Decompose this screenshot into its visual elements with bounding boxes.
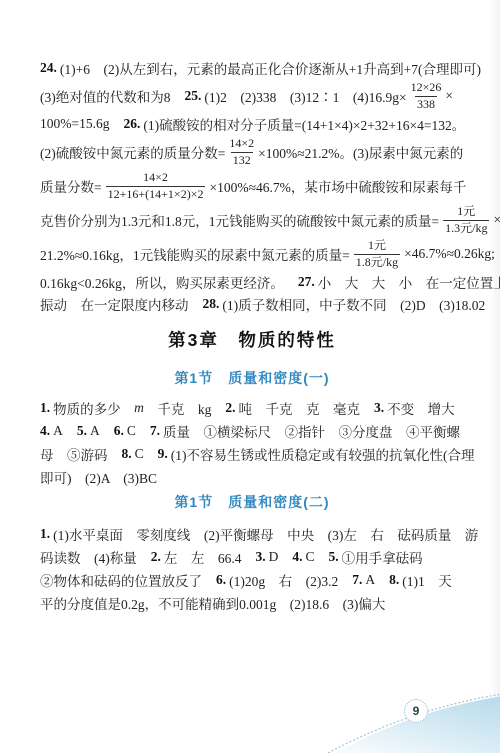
answer-text: A bbox=[53, 423, 63, 439]
answer-text: 不变 增大 bbox=[387, 398, 455, 418]
answer-text: 100%=15.6g bbox=[40, 116, 109, 132]
answer-text: ×100%≈21.2%。(3)尿素中氮元素的 bbox=[258, 142, 463, 162]
answer-text: 质量分数= bbox=[40, 176, 102, 196]
answer-line: 克售价分别为1.3元和1.8元，1元钱能购买的硫酸铵中氮元素的质量=1元1.3元… bbox=[40, 203, 464, 237]
answer-text: (1)质子数相同，中子数不同 (2)D (3)18.02 bbox=[222, 294, 485, 314]
question-number: 9. bbox=[158, 446, 168, 462]
answer-text: 小 大 大 小 在一定位置上 bbox=[318, 272, 500, 292]
answer-line: (2)硫酸铵中氮元素的质量分数=14×2132×100%≈21.2%。(3)尿素… bbox=[40, 135, 464, 169]
question-number: 3. bbox=[374, 400, 384, 416]
fraction-denominator: 132 bbox=[231, 152, 253, 169]
fraction-denominator: 12+16+(14+1×2)×2 bbox=[106, 186, 206, 203]
fraction: 1元1.3元/kg bbox=[443, 204, 489, 236]
fraction-denominator: 1.8元/kg bbox=[354, 254, 400, 271]
answer-text: 克售价分别为1.3元和1.8元，1元钱能购买的硫酸铵中氮元素的质量= bbox=[40, 210, 439, 230]
page-number-badge: 9 bbox=[404, 699, 428, 723]
answer-text: 振动 在一定限度内移动 bbox=[40, 294, 189, 314]
answer-line: 质量分数=14×212+16+(14+1×2)×2×100%≈46.7%，某市场… bbox=[40, 169, 464, 203]
answer-text: (1)20g 右 (2)3.2 bbox=[229, 570, 338, 590]
section-1-heading: 第1节 质量和密度(一) bbox=[40, 368, 464, 388]
fraction-numerator: 14×2 bbox=[229, 136, 254, 152]
answer-text: C bbox=[306, 549, 315, 565]
answer-text: ×100%≈46.7%，某市场中硫酸铵和尿素每千 bbox=[209, 176, 466, 196]
question-number: 5. bbox=[329, 549, 339, 565]
answer-text: 母 ⑤游码 bbox=[40, 444, 108, 464]
section-2-answers: 1.(1)水平桌面 零刻度线 (2)平衡螺母 中央 (3)左 右 砝码质量 游 … bbox=[40, 522, 464, 614]
answer-text: A bbox=[365, 572, 375, 588]
fraction-denominator: 338 bbox=[415, 96, 437, 113]
answer-text: × bbox=[493, 212, 500, 228]
answer-line: ②物体和砝码的位置放反了6.(1)20g 右 (2)3.27.A8.(1)1 天 bbox=[40, 568, 464, 591]
answer-text: 即可) (2)A (3)BC bbox=[40, 467, 157, 487]
answer-line: 21.2%≈0.16kg，1元钱能购买的尿素中氮元素的质量=1元1.8元/kg×… bbox=[40, 237, 464, 271]
question-number: 1. bbox=[40, 526, 50, 542]
question-number: 2. bbox=[225, 400, 235, 416]
answer-line: 24.(1)+6 (2)从左到右，元素的最高正化合价逐渐从+1升高到+7(合理即… bbox=[40, 57, 464, 79]
scan-edge-shading bbox=[490, 0, 500, 753]
question-number: 28. bbox=[203, 296, 220, 312]
variable-m: m bbox=[134, 400, 144, 416]
fraction: 1元1.8元/kg bbox=[354, 238, 400, 270]
fraction-numerator: 12×26 bbox=[411, 80, 442, 96]
answer-text: (1)+6 (2)从左到右，元素的最高正化合价逐渐从+1升高到+7(合理即可) bbox=[60, 58, 481, 78]
answer-text: ①用手拿砝码 bbox=[342, 547, 423, 567]
fraction-numerator: 1元 bbox=[368, 238, 386, 254]
answer-text: ②物体和砝码的位置放反了 bbox=[40, 570, 202, 590]
question-number: 7. bbox=[150, 423, 160, 439]
answer-text: 0.16kg<0.26kg，所以，购买尿素更经济。 bbox=[40, 272, 284, 292]
section-2-heading: 第1节 质量和密度(二) bbox=[40, 492, 464, 512]
question-number: 27. bbox=[298, 274, 315, 290]
chapter-heading: 第3章 物质的特性 bbox=[40, 327, 464, 351]
question-number: 2. bbox=[151, 549, 161, 565]
fraction-numerator: 1元 bbox=[457, 204, 475, 220]
answer-line: 0.16kg<0.26kg，所以，购买尿素更经济。27.小 大 大 小 在一定位… bbox=[40, 271, 464, 293]
answer-text: (1)水平桌面 零刻度线 (2)平衡螺母 中央 (3)左 右 砝码质量 游 bbox=[53, 524, 478, 544]
answer-text: 物质的多少 bbox=[53, 398, 134, 418]
answer-line: 1.(1)水平桌面 零刻度线 (2)平衡螺母 中央 (3)左 右 砝码质量 游 bbox=[40, 522, 464, 545]
answer-text: D bbox=[269, 549, 279, 565]
answer-text: (1)1 天 bbox=[402, 570, 452, 590]
answer-text: (3)绝对值的代数和为8 bbox=[40, 86, 171, 106]
answer-text: 平的分度值是0.2g，不可能精确到0.001g (2)18.6 (3)偏大 bbox=[40, 593, 385, 613]
answer-line: 1.物质的多少 m 千克 kg2.吨 千克 克 毫克3.不变 增大 bbox=[40, 396, 464, 419]
corner-wave-decoration bbox=[270, 683, 500, 753]
question-number: 25. bbox=[185, 88, 202, 104]
page-content: 24.(1)+6 (2)从左到右，元素的最高正化合价逐渐从+1升高到+7(合理即… bbox=[40, 57, 464, 614]
fraction: 14×2132 bbox=[229, 136, 254, 168]
fraction-denominator: 1.3元/kg bbox=[443, 220, 489, 237]
answer-text: 质量 ①横梁标尺 ②指针 ③分度盘 ④平衡螺 bbox=[163, 421, 460, 441]
question-number: 3. bbox=[256, 549, 266, 565]
question-number: 4. bbox=[292, 549, 302, 565]
question-number: 7. bbox=[352, 572, 362, 588]
answer-text: 21.2%≈0.16kg，1元钱能购买的尿素中氮元素的质量= bbox=[40, 244, 350, 264]
answer-text: C bbox=[135, 446, 144, 462]
question-number: 1. bbox=[40, 400, 50, 416]
answer-text: (1)硫酸铵的相对分子质量=(14+1×4)×2+32+16×4=132。 bbox=[143, 114, 465, 134]
question-number: 5. bbox=[77, 423, 87, 439]
answer-text: (2)硫酸铵中氮元素的质量分数= bbox=[40, 142, 225, 162]
answer-text: 千克 kg bbox=[144, 398, 212, 418]
top-answer-block: 24.(1)+6 (2)从左到右，元素的最高正化合价逐渐从+1升高到+7(合理即… bbox=[40, 57, 464, 315]
answer-line: 平的分度值是0.2g，不可能精确到0.001g (2)18.6 (3)偏大 bbox=[40, 591, 464, 614]
answer-text: (1)不容易生锈或性质稳定或有较强的抗氧化性(合理 bbox=[171, 444, 475, 464]
question-number: 8. bbox=[122, 446, 132, 462]
answer-text: 吨 千克 克 毫克 bbox=[239, 398, 361, 418]
fraction: 14×212+16+(14+1×2)×2 bbox=[106, 170, 206, 202]
page-number: 9 bbox=[413, 704, 420, 718]
answer-line: 码读数 (4)称量2.左 左 66.43.D4.C5.①用手拿砝码 bbox=[40, 545, 464, 568]
answer-line: (3)绝对值的代数和为825.(1)2 (2)338 (3)12∶1 (4)16… bbox=[40, 79, 464, 113]
question-number: 4. bbox=[40, 423, 50, 439]
answer-line: 4.A5.A6.C7.质量 ①横梁标尺 ②指针 ③分度盘 ④平衡螺 bbox=[40, 419, 464, 442]
answer-line: 振动 在一定限度内移动28.(1)质子数相同，中子数不同 (2)D (3)18.… bbox=[40, 293, 464, 315]
question-number: 24. bbox=[40, 60, 57, 76]
answer-line: 即可) (2)A (3)BC bbox=[40, 465, 464, 488]
answer-text: 左 左 66.4 bbox=[164, 547, 242, 567]
answer-text: ×46.7%≈0.26kg; bbox=[404, 246, 495, 262]
question-number: 6. bbox=[216, 572, 226, 588]
fraction: 12×26338 bbox=[411, 80, 442, 112]
fraction-numerator: 14×2 bbox=[143, 170, 168, 186]
answer-text: × bbox=[445, 88, 453, 104]
question-number: 8. bbox=[389, 572, 399, 588]
answer-text: A bbox=[90, 423, 100, 439]
answer-text: 码读数 (4)称量 bbox=[40, 547, 137, 567]
workbook-answer-page: { "page": { "number": "9" }, "colors": {… bbox=[0, 0, 500, 753]
question-number: 26. bbox=[123, 116, 140, 132]
answer-text: (1)2 (2)338 (3)12∶1 (4)16.9g× bbox=[204, 86, 406, 106]
answer-line: 母 ⑤游码8.C9.(1)不容易生锈或性质稳定或有较强的抗氧化性(合理 bbox=[40, 442, 464, 465]
question-number: 6. bbox=[114, 423, 124, 439]
answer-line: 100%=15.6g26.(1)硫酸铵的相对分子质量=(14+1×4)×2+32… bbox=[40, 113, 464, 135]
answer-text: C bbox=[127, 423, 136, 439]
section-1-answers: 1.物质的多少 m 千克 kg2.吨 千克 克 毫克3.不变 增大 4.A5.A… bbox=[40, 396, 464, 488]
